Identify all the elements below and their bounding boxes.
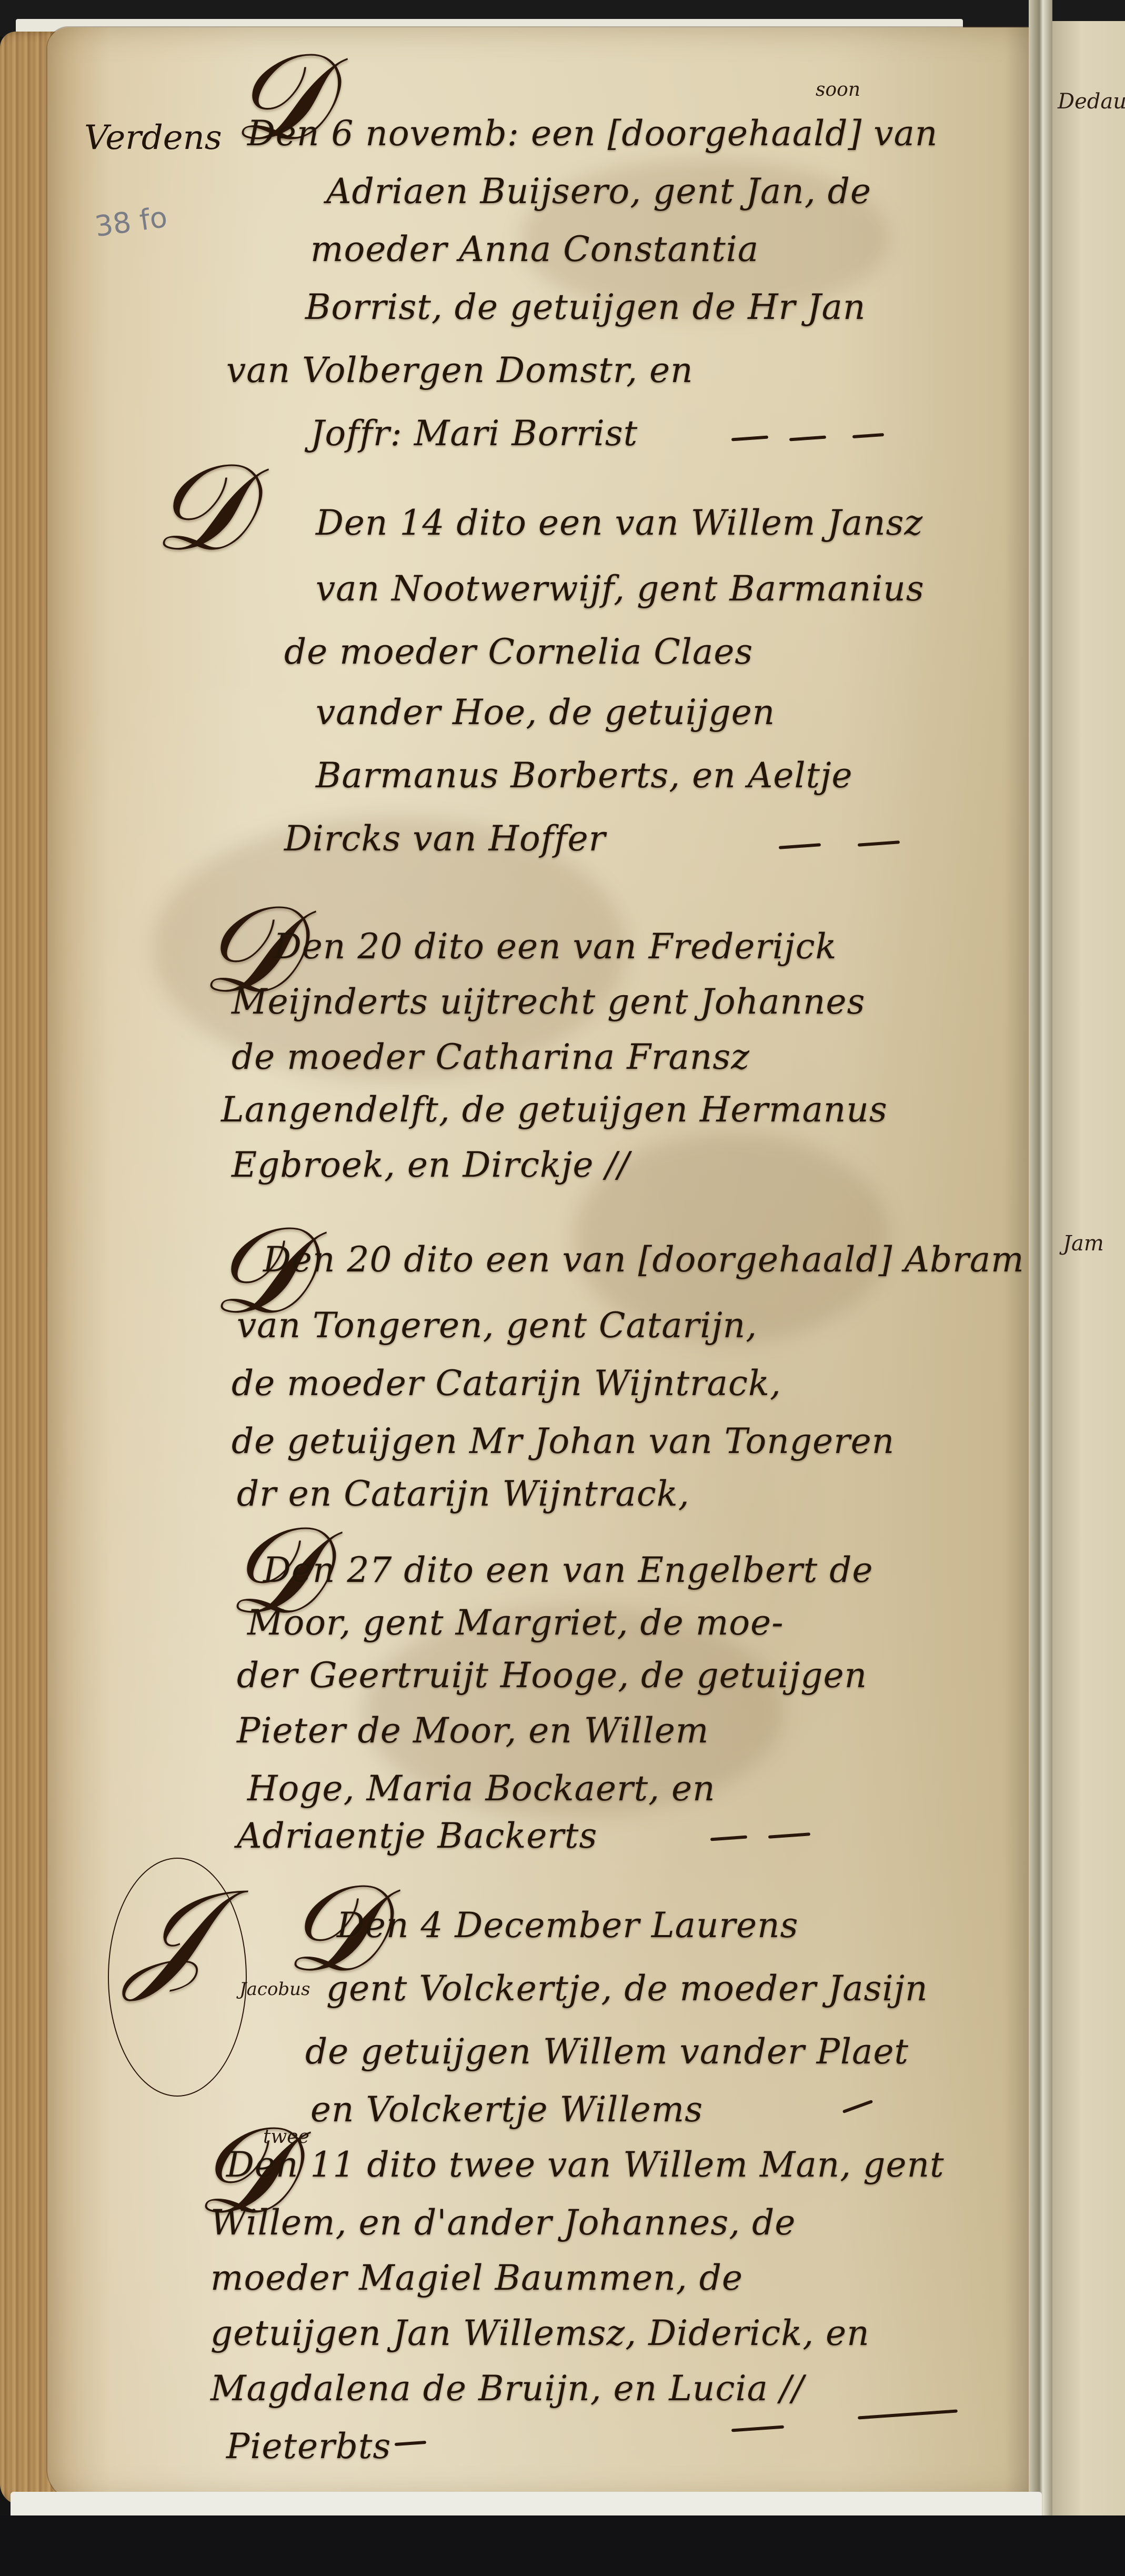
entry-5-line-2: Moor, gent Margriet, de moe- [247, 1602, 784, 1643]
entry-5-line-5: Hoge, Maria Bockaert, en [247, 1768, 716, 1809]
entry-4-line-5: dr en Catarijn Wijntrack, [237, 1474, 690, 1514]
entry-5-line-3: der Geertruijt Hooge, de getuijgen [237, 1655, 867, 1696]
entry-3-line-2: Meijnderts uijtrecht gent Johannes [232, 981, 865, 1022]
entry-4-line-3: de moeder Catarijn Wijntrack, [232, 1363, 781, 1404]
facing-page [1052, 21, 1125, 2526]
entry-5-line-4: Pieter de Moor, en Willem [237, 1710, 709, 1751]
initial-d-flourish: 𝒟 [153, 447, 249, 568]
entry-4-line-4: de getuijgen Mr Johan van Tongeren [232, 1421, 895, 1461]
entry-1-line-5: van Volbergen Domstr, en [226, 350, 694, 390]
entry-6-line-1: Den 4 December Laurens [337, 1905, 799, 1946]
entry-2-line-6: Dircks van Hoffer [284, 818, 606, 859]
entry-7-line-1: Den 11 dito twee van Willem Man, gent [226, 2144, 945, 2185]
entry-3-line-4: Langendelft, de getuijgen Hermanus [221, 1089, 888, 1130]
entry-2-line-2: van Nootwerwijf, gent Barmanius [316, 568, 925, 609]
entry-1-line-6: Joffr: Mari Borrist [310, 413, 638, 454]
entry-3-line-3: de moeder Catharina Fransz [232, 1037, 750, 1077]
entry-5-line-6: Adriaentje Backerts [237, 1816, 597, 1856]
entry-6-line-3: de getuijgen Willem vander Plaet [305, 2031, 909, 2072]
book-gutter [1029, 0, 1052, 2576]
entry-2-line-3: de moeder Cornelia Claes [284, 632, 753, 672]
initial-j-flourish: 𝒥 [126, 1873, 210, 1994]
entry-2-line-5: Barmanus Borberts, en Aeltje [316, 755, 853, 796]
entry-7-line-5: Magdalena de Bruijn, en Lucia // [210, 2368, 804, 2409]
margin-name-verdens: Verdens [84, 118, 222, 157]
entry-3-line-1: Den 20 dito een van Frederijck [274, 926, 837, 967]
entry-7-line-2: Willem, en d'ander Johannes, de [210, 2202, 796, 2243]
entry-5-line-1: Den 27 dito een van Engelbert de [263, 1550, 873, 1590]
entry-7-line-3: moeder Magiel Baummen, de [210, 2258, 743, 2298]
entry-1-line-4: Borrist, de getuijgen de Hr Jan [305, 287, 866, 327]
entry-1-line-1: Den 6 novemb: een [doorgehaald] van [247, 113, 938, 154]
entry-6-line-2: gent Volckertje, de moeder Jasijn [326, 1968, 928, 2009]
entry-1-line-3: moeder Anna Constantia [310, 229, 759, 269]
entry-1-line-2: Adriaen Buijsero, gent Jan, de [326, 171, 871, 212]
entry-4-line-2: van Tongeren, gent Catarijn, [237, 1305, 757, 1346]
entry-4-line-1: Den 20 dito een van [doorgehaald] Abram [263, 1239, 1024, 1280]
entry-6-line-4: en Volckertje Willems [310, 2089, 703, 2130]
facing-page-fragment-middle: Jam [1063, 1231, 1104, 1256]
entry-1-interlinear: soon [816, 79, 860, 101]
entry-2-line-1: Den 14 dito een van Willem Jansz [316, 503, 923, 543]
facing-page-fragment-top: Dedau [1058, 89, 1125, 114]
entry-7-line-6: Pieterbts [226, 2426, 391, 2467]
entry-2-line-4: vander Hoe, de getuijgen [316, 692, 775, 733]
background-bottom [0, 2515, 1125, 2576]
entry-7-line-4: getuijgen Jan Willemsz, Diderick, en [210, 2313, 870, 2353]
entry-3-line-5: Egbroek, en Dirckje // [232, 1145, 630, 1185]
